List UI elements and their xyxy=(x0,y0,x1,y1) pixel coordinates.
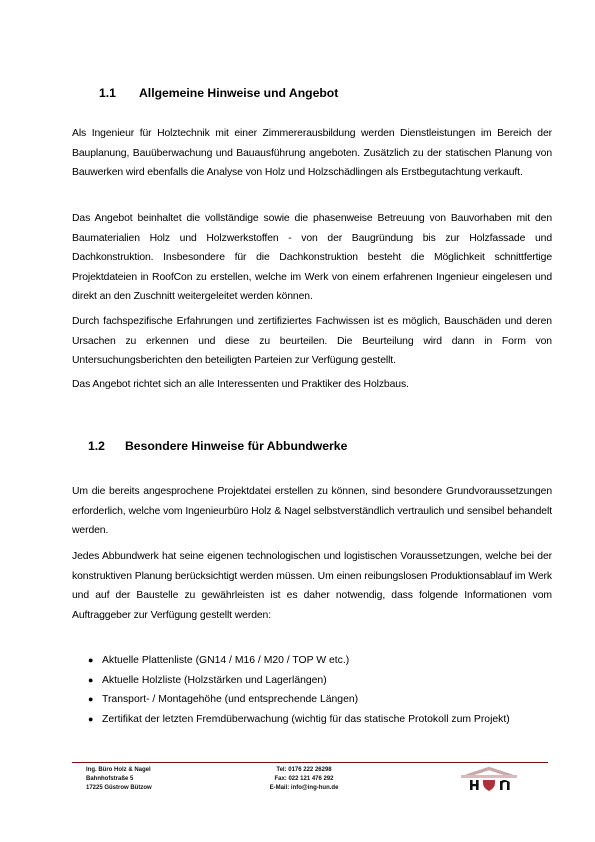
paragraph: Als Ingenieur für Holztechnik mit einer … xyxy=(72,124,552,183)
bullet-icon: ● xyxy=(88,690,93,710)
bullet-icon: ● xyxy=(88,671,93,691)
paragraph: Das Angebot richtet sich an alle Interes… xyxy=(72,375,552,395)
footer-contact: Tel: 0176 222 26298 Fax: 022 121 476 292… xyxy=(248,766,360,793)
paragraph: Um die bereits angesprochene Projektdate… xyxy=(72,482,552,541)
paragraph: Das Angebot beinhaltet die vollständige … xyxy=(72,209,552,307)
section-heading-1-1: 1.1Allgemeine Hinweise und Angebot xyxy=(99,86,338,100)
list-item: ●Aktuelle Holzliste (Holzstärken und Lag… xyxy=(72,671,552,691)
paragraph: Jedes Abbundwerk hat seine eigenen techn… xyxy=(72,547,552,625)
footer-street: Bahnhofstraße 5 xyxy=(86,775,152,784)
list-item-text: Zertifikat der letzten Fremdüberwachung … xyxy=(102,714,510,725)
list-item-text: Aktuelle Holzliste (Holzstärken und Lage… xyxy=(102,675,327,686)
footer-phone: Tel: 0176 222 26298 xyxy=(248,766,360,775)
footer-company: Ing. Büro Holz & Nagel xyxy=(86,766,152,775)
list-item: ●Transport- / Montagehöhe (und entsprech… xyxy=(72,690,552,710)
document-page: 1.1Allgemeine Hinweise und Angebot Als I… xyxy=(0,0,595,842)
requirements-list: ●Aktuelle Plattenliste (GN14 / M16 / M20… xyxy=(72,651,552,729)
list-item: ●Aktuelle Plattenliste (GN14 / M16 / M20… xyxy=(72,651,552,671)
section-number: 1.1 xyxy=(99,86,139,100)
company-logo-icon xyxy=(458,766,520,792)
footer-divider xyxy=(72,762,548,763)
section-heading-1-2: 1.2Besondere Hinweise für Abbundwerke xyxy=(88,439,347,453)
section-title: Besondere Hinweise für Abbundwerke xyxy=(125,439,347,453)
bullet-icon: ● xyxy=(88,710,93,730)
footer-fax: Fax: 022 121 476 292 xyxy=(248,775,360,784)
section-title: Allgemeine Hinweise und Angebot xyxy=(139,86,338,100)
section-number: 1.2 xyxy=(88,439,125,453)
footer-city: 17225 Güstrow Bützow xyxy=(86,784,152,793)
paragraph: Durch fachspezifische Erfahrungen und ze… xyxy=(72,312,552,371)
list-item-text: Transport- / Montagehöhe (und entspreche… xyxy=(102,694,358,705)
footer-address: Ing. Büro Holz & Nagel Bahnhofstraße 5 1… xyxy=(86,766,152,793)
list-item-text: Aktuelle Plattenliste (GN14 / M16 / M20 … xyxy=(102,655,349,666)
list-item: ●Zertifikat der letzten Fremdüberwachung… xyxy=(72,710,552,730)
bullet-icon: ● xyxy=(88,651,93,671)
footer-email: E-Mail: info@ing-hun.de xyxy=(248,784,360,793)
